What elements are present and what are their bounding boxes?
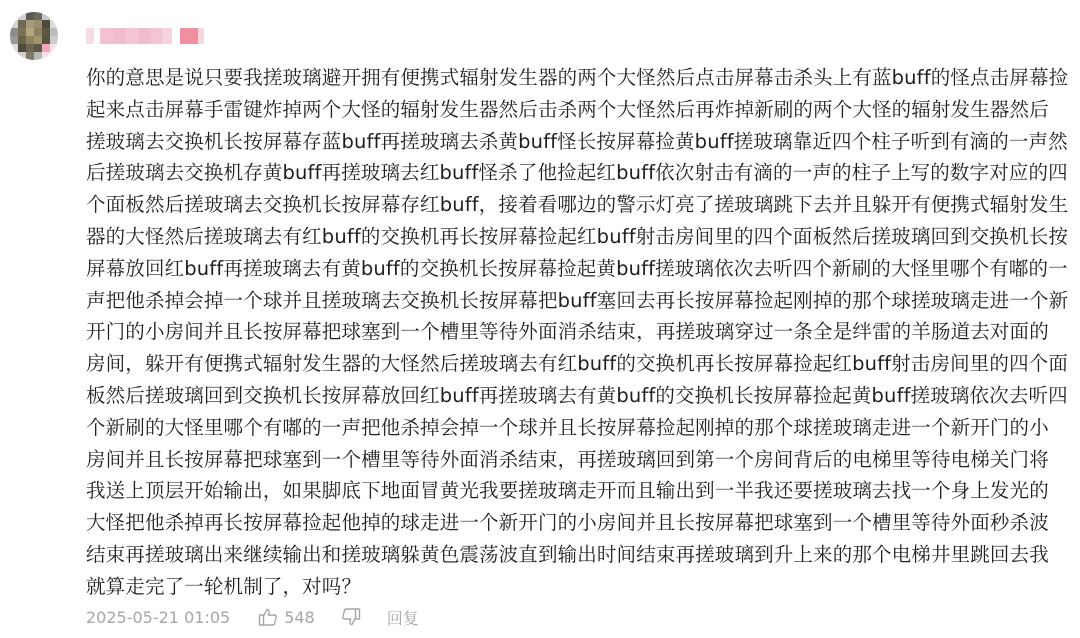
like-count: 548 <box>284 608 315 627</box>
comment-line: 后搓玻璃去交换机存黄buff再搓玻璃去红buff怪杀了他捡起红buff依次射击有… <box>86 157 1066 189</box>
comment-line: 大怪把他杀掉再长按屏幕捡起他掉的球走进一个新开门的小房间并且长按屏幕把球塞到一个… <box>86 507 1066 539</box>
comment-line: 房间并且长按屏幕把球塞到一个槽里等待外面消杀结束，再搓玻璃回到第一个房间背后的电… <box>86 444 1066 476</box>
thumbs-up-icon <box>258 607 278 627</box>
comment-body: 你的意思是说只要我搓玻璃避开拥有便携式辐射发生器的两个大怪然后点击屏幕击杀头上有… <box>86 62 1066 603</box>
comment-line: 个新刷的大怪里哪个有嘟的一声把他杀掉会掉一个球并且长按屏幕捡起刚掉的那个球搓玻璃… <box>86 412 1066 444</box>
username-blurred[interactable] <box>86 28 204 44</box>
comment-line: 结束再搓玻璃出来继续输出和搓玻璃躲黄色震荡波直到输出时间结束再搓玻璃到升上来的那… <box>86 539 1066 571</box>
comment-line: 房间，躲开有便携式辐射发生器的大怪然后搓玻璃去有红buff的交换机再长按屏幕捡起… <box>86 348 1066 380</box>
avatar[interactable] <box>10 12 58 60</box>
comment-line: 你的意思是说只要我搓玻璃避开拥有便携式辐射发生器的两个大怪然后点击屏幕击杀头上有… <box>86 62 1066 94</box>
comment-card: 你的意思是说只要我搓玻璃避开拥有便携式辐射发生器的两个大怪然后点击屏幕击杀头上有… <box>0 0 1080 638</box>
comment-line: 板然后搓玻璃回到交换机长按屏幕放回红buff再搓玻璃去有黄buff的交换机长按屏… <box>86 380 1066 412</box>
comment-footer: 2025-05-21 01:05 548 回复 <box>86 604 419 630</box>
timestamp: 2025-05-21 01:05 <box>86 608 230 627</box>
thumbs-down-icon <box>341 607 361 627</box>
dislike-button[interactable] <box>341 607 361 627</box>
comment-line: 起来点击屏幕手雷键炸掉两个大怪的辐射发生器然后击杀两个大怪然后再炸掉新刷的两个大… <box>86 94 1066 126</box>
comment-line: 屏幕放回红buff再搓玻璃去有黄buff的交换机长按屏幕捡起黄buff搓玻璃依次… <box>86 253 1066 285</box>
reply-button[interactable]: 回复 <box>387 606 419 629</box>
comment-line: 声把他杀掉会掉一个球并且搓玻璃去交换机长按屏幕把buff塞回去再长按屏幕捡起刚掉… <box>86 285 1066 317</box>
like-button[interactable]: 548 <box>258 607 315 627</box>
comment-line: 器的大怪然后搓玻璃去有红buff的交换机再长按屏幕捡起红buff射击房间里的四个… <box>86 221 1066 253</box>
comment-line: 就算走完了一轮机制了，对吗？ <box>86 571 1066 603</box>
comment-line: 个面板然后搓玻璃去交换机长按屏幕存红buff，接着看哪边的警示灯亮了搓玻璃跳下去… <box>86 189 1066 221</box>
comment-line: 开门的小房间并且长按屏幕把球塞到一个槽里等待外面消杀结束，再搓玻璃穿过一条全是绊… <box>86 316 1066 348</box>
comment-line: 我送上顶层开始输出，如果脚底下地面冒黄光我要搓玻璃走开而且输出到一半我还要搓玻璃… <box>86 475 1066 507</box>
comment-line: 搓玻璃去交换机长按屏幕存蓝buff再搓玻璃去杀黄buff怪长按屏幕捡黄buff搓… <box>86 126 1066 158</box>
